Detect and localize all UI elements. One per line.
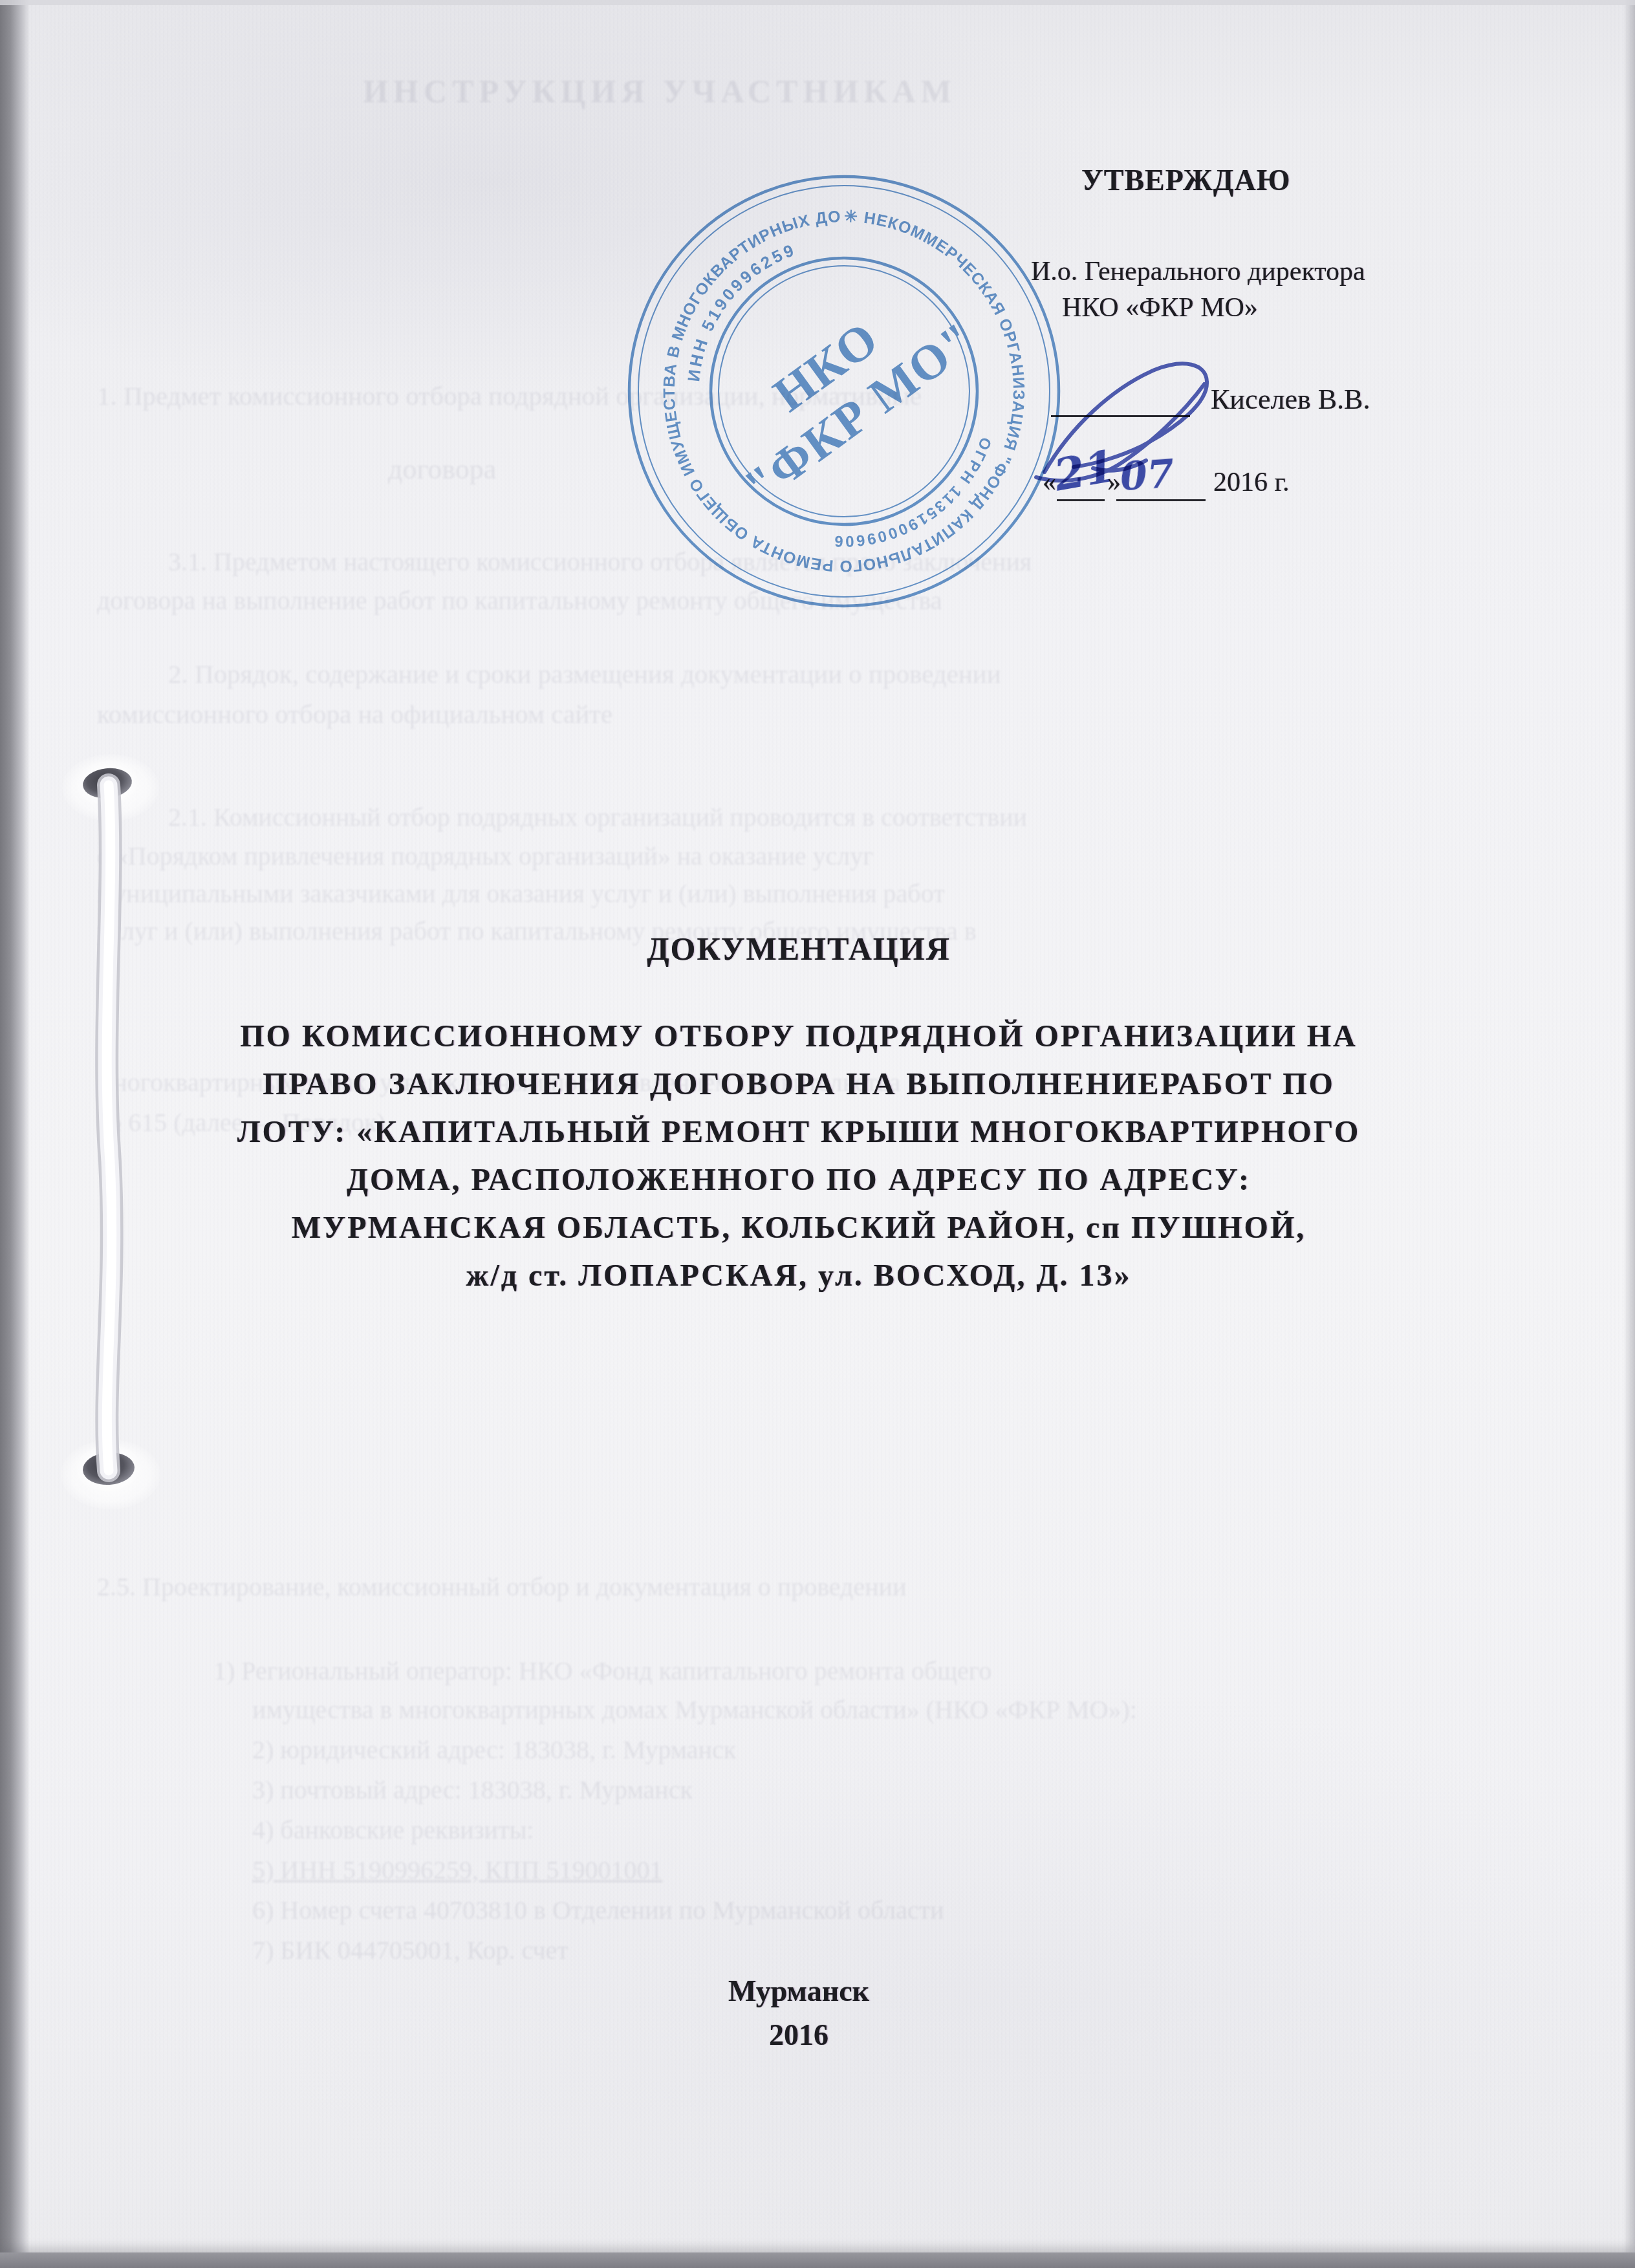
ghost-text-line: 5) ИНН 5190996259, КПП 519001001 xyxy=(252,1855,662,1885)
ghost-text-line: 4) банковские реквизиты: xyxy=(252,1815,534,1845)
subtitle-line: ж/д ст. ЛОПАРСКАЯ, ул. ВОСХОД, Д. 13» xyxy=(91,1252,1507,1300)
subtitle-line: ПРАВО ЗАКЛЮЧЕНИЯ ДОГОВОРА НА ВЫПОЛНЕНИЕР… xyxy=(91,1061,1507,1108)
handwritten-month: 07 xyxy=(1119,451,1176,500)
binding-lace xyxy=(76,773,141,1491)
doc-label: ДОКУМЕНТАЦИЯ xyxy=(91,930,1507,967)
ghost-text-line: 6) Номер счета 40703810 в Отделении по М… xyxy=(252,1895,944,1925)
ghost-text-line: имущества в многоквартирных домах Мурман… xyxy=(252,1694,1137,1725)
handwritten-day: 21 xyxy=(1050,440,1120,501)
footer-year: 2016 xyxy=(91,2018,1507,2052)
stamp-ogrn-text: ОГРН 1135190009606 xyxy=(832,435,995,550)
ghost-text-line: 2. Порядок, содержание и сроки размещени… xyxy=(168,658,1001,689)
ghost-text-line: 2) юридический адрес: 183038, г. Мурманс… xyxy=(252,1734,736,1765)
scanned-document-page: ИНСТРУКЦИЯ УЧАСТНИКАМ 1. Предмет комисси… xyxy=(0,0,1635,2268)
ghost-text-line: 3) почтовый адрес: 183038, г. Мурманск xyxy=(252,1775,693,1805)
scanner-edge-top xyxy=(0,0,1635,5)
ghost-text-line: муниципальными заказчиками для оказания … xyxy=(97,878,945,909)
subtitle-line: ДОМА, РАСПОЛОЖЕННОГО ПО АДРЕСУ ПО АДРЕСУ… xyxy=(91,1156,1507,1204)
approver-title-line2: НКО «ФКР МО» xyxy=(1062,292,1258,323)
ghost-text-line: комиссионного отбора на официальном сайт… xyxy=(97,698,612,729)
subtitle-line: МУРМАНСКАЯ ОБЛАСТЬ, КОЛЬСКИЙ РАЙОН, сп П… xyxy=(91,1204,1507,1252)
footer-city: Мурманск xyxy=(91,1974,1507,2008)
approve-label: УТВЕРЖДАЮ xyxy=(1081,163,1290,197)
document-title: ДОКУМЕНТАЦИЯ xyxy=(91,930,1507,967)
subtitle-line: ЛОТУ: «КАПИТАЛЬНЫЙ РЕМОНТ КРЫШИ МНОГОКВА… xyxy=(91,1108,1507,1156)
ghost-text-line: договора xyxy=(388,453,496,486)
ghost-text-line: 2.5. Проектирование, комиссионный отбор … xyxy=(97,1571,906,1602)
ghost-text-line: 2.1. Комиссионный отбор подрядных органи… xyxy=(168,802,1027,832)
scanner-edge-bottom xyxy=(0,2252,1635,2268)
scanner-edge-left xyxy=(0,0,30,2268)
document-subtitle: ПО КОМИССИОННОМУ ОТБОРУ ПОДРЯДНОЙ ОРГАНИ… xyxy=(91,1013,1507,1300)
ghost-text-line: ИНСТРУКЦИЯ УЧАСТНИКАМ xyxy=(272,72,1048,110)
approver-title-line1: И.о. Генерального директора xyxy=(1031,256,1365,287)
ghost-text-line: 1) Региональный оператор: НКО «Фонд капи… xyxy=(213,1656,991,1686)
ghost-text-line: 7) БИК 044705001, Кор. счет xyxy=(252,1935,568,1965)
scanner-edge-right xyxy=(1623,0,1635,2268)
subtitle-line: ПО КОМИССИОННОМУ ОТБОРУ ПОДРЯДНОЙ ОРГАНИ… xyxy=(91,1013,1507,1061)
ghost-text-line: с «Порядком привлечения подрядных органи… xyxy=(97,841,874,871)
